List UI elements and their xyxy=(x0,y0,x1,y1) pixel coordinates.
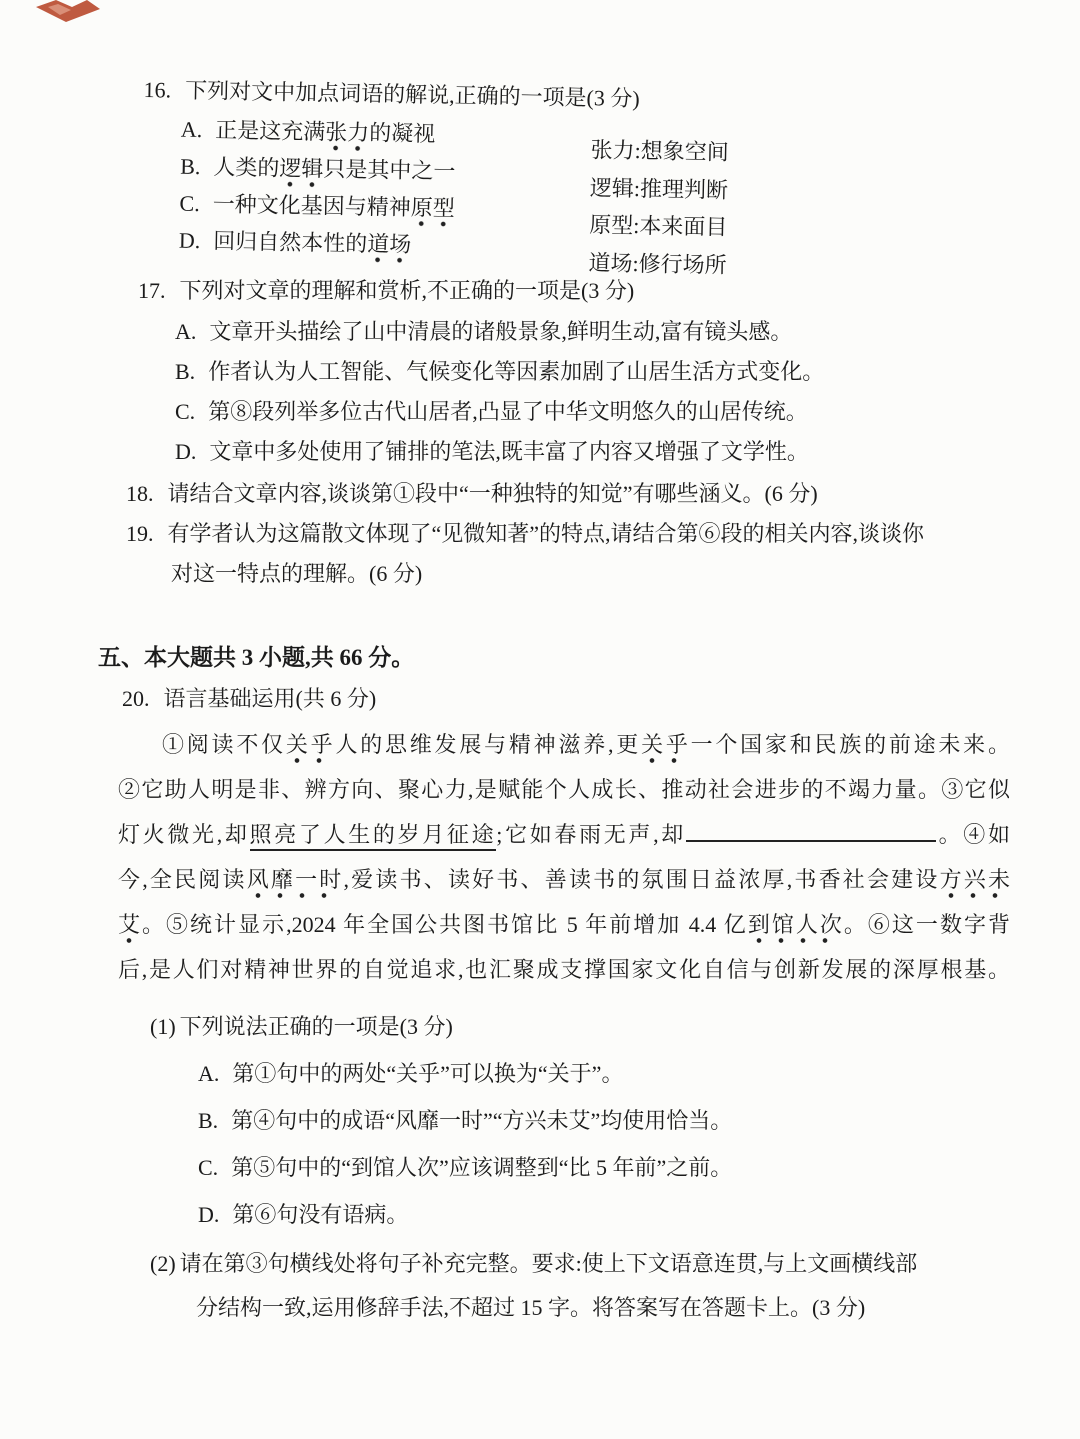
option-label: A. xyxy=(198,1061,219,1086)
question-17-option-a: A.文章开头描绘了山中清晨的诸般景象,鲜明生动,富有镜头感。 xyxy=(138,312,1040,352)
option-text: 第⑧段列举多位古代山居者,凸显了中华文明悠久的山居传统。 xyxy=(208,399,808,424)
option-label: B. xyxy=(198,1108,218,1133)
option-text: 文章中多处使用了铺排的笔法,既丰富了内容又增强了文学性。 xyxy=(209,439,809,464)
option-label: D. xyxy=(179,228,201,253)
dotted-word: 原型 xyxy=(410,195,455,228)
gloss-zhangli: 张力:想象空间 xyxy=(590,131,729,171)
sub2-text: 请在第③句横线处将句子补充完整。要求:使上下文语意连贯,与上文画横线部 xyxy=(180,1251,918,1276)
exam-paper-page: 16.下列对文中加点词语的解说,正确的一项是(3 分) A.正是这充满张力的凝视… xyxy=(0,0,1080,1439)
gloss-yuanxing: 原型:本来面目 xyxy=(589,206,728,246)
option-text: 文章开头描绘了山中清晨的诸般景象,鲜明生动,富有镜头感。 xyxy=(209,319,792,344)
option-text: 的凝视 xyxy=(369,120,435,146)
dotted-word: 关乎 xyxy=(641,732,691,764)
sub1-stem-text: 下列说法正确的一项是(3 分) xyxy=(180,1014,453,1039)
sub1-label: (1) xyxy=(150,1014,176,1039)
dotted-word: 张力 xyxy=(325,119,370,152)
passage-text: 人的思维发展与精神滋养,更 xyxy=(335,732,641,757)
corner-arrow-logo xyxy=(36,0,106,22)
dotted-word: 艾 xyxy=(118,912,142,944)
dotted-word: 道场 xyxy=(367,231,412,264)
option-label: A. xyxy=(175,319,196,344)
option-label: C. xyxy=(179,191,200,216)
passage-line-3: 灯火微光,却照亮了人生的岁月征途;它如春雨无声,却。④如 xyxy=(118,812,1010,857)
question-17: 17.下列对文章的理解和赏析,不正确的一项是(3 分) A.文章开头描绘了山中清… xyxy=(138,270,1040,472)
question-20-sub2: (2)请在第③句横线处将句子补充完整。要求:使上下文语意连贯,与上文画横线部 分… xyxy=(150,1242,1024,1330)
option-label: D. xyxy=(198,1202,219,1227)
question-17-option-c: C.第⑧段列举多位古代山居者,凸显了中华文明悠久的山居传统。 xyxy=(138,392,1040,432)
question-17-stem-text: 下列对文章的理解和赏析,不正确的一项是(3 分) xyxy=(180,278,635,303)
passage-line-2: ②它助人明是非、辨方向、聚心力,是赋能个人成长、推动社会进步的不竭力量。③它似 xyxy=(118,767,1010,812)
question-17-number: 17. xyxy=(138,278,166,303)
dotted-word: 关乎 xyxy=(286,732,336,764)
question-16-options: A.正是这充满张力的凝视 B.人类的逻辑只是其中之一 C.一种文化基因与精神原型… xyxy=(141,110,1030,274)
option-label: A. xyxy=(181,117,203,142)
question-19-line2: 对这一特点的理解。(6 分) xyxy=(126,554,1040,594)
option-text: 第④句中的成语“风靡一时”“方兴未艾”均使用恰当。 xyxy=(231,1108,732,1133)
question-20-title-text: 语言基础运用(共 6 分) xyxy=(164,686,377,711)
sub2-line1: (2)请在第③句横线处将句子补充完整。要求:使上下文语意连贯,与上文画横线部 xyxy=(150,1242,1024,1286)
dotted-word: 到馆人次 xyxy=(748,912,844,944)
sub1-option-b: B.第④句中的成语“风靡一时”“方兴未艾”均使用恰当。 xyxy=(150,1097,1080,1144)
option-text: 第①句中的两处“关乎”可以换为“关于”。 xyxy=(232,1061,623,1086)
sub1-option-d: D.第⑥句没有语病。 xyxy=(150,1191,1080,1238)
sub1-option-a: A.第①句中的两处“关乎”可以换为“关于”。 xyxy=(150,1050,1080,1097)
option-label: C. xyxy=(175,399,195,424)
option-text: 作者认为人工智能、气候变化等因素加剧了山居生活方式变化。 xyxy=(208,359,824,384)
passage-line-1: ①阅读不仅关乎人的思维发展与精神滋养,更关乎一个国家和民族的前途未来。 xyxy=(118,722,1010,767)
dotted-word: 方兴未 xyxy=(940,867,1010,899)
passage-line-6: 后,是人们对精神世界的自觉追求,也汇聚成支撑国家文化自信与创新发展的深厚根基。 xyxy=(118,947,1010,992)
question-18-number: 18. xyxy=(126,481,154,506)
question-16-stem-text: 下列对文中加点词语的解说,正确的一项是(3 分) xyxy=(185,78,640,111)
question-20-sub1: (1)下列说法正确的一项是(3 分) A.第①句中的两处“关乎”可以换为“关于”… xyxy=(150,1004,1080,1238)
underlined-phrase: 照亮了人生的岁月征途 xyxy=(250,822,497,851)
question-19-number: 19. xyxy=(126,521,154,546)
option-text: 一种文化基因与精神 xyxy=(213,191,411,220)
passage-line-4: 今,全民阅读风靡一时,爱读书、读好书、善读书的氛围日益浓厚,书香社会建设方兴未 xyxy=(118,857,1010,902)
passage-text: 一个国家和民族的前途未来。 xyxy=(691,732,1010,757)
answer-blank-line xyxy=(686,820,936,842)
passage-line-5: 艾。⑤统计显示,2024 年全国公共图书馆比 5 年前增加 4.4 亿到馆人次。… xyxy=(118,902,1010,947)
gloss-luoji: 逻辑:推理判断 xyxy=(590,169,729,209)
passage-text: 今,全民阅读 xyxy=(118,867,247,892)
passage-text: ;它如春雨无声,却 xyxy=(496,822,686,847)
option-text: 回归自然本性的 xyxy=(213,228,367,256)
option-label: B. xyxy=(180,154,201,179)
question-18: 18.请结合文章内容,谈谈第①段中“一种独特的知觉”有哪些涵义。(6 分) xyxy=(126,474,1040,514)
question-19-text: 有学者认为这篇散文体现了“见微知著”的特点,请结合第⑥段的相关内容,谈谈你 xyxy=(168,521,925,546)
option-text: 人类的 xyxy=(213,154,279,180)
option-text: 正是这充满 xyxy=(215,117,325,144)
gloss-daochang: 道场:修行场所 xyxy=(588,244,727,284)
sub2-line2: 分结构一致,运用修辞手法,不超过 15 字。将答案写在答题卡上。(3 分) xyxy=(150,1286,1024,1330)
passage-text: ①阅读不仅 xyxy=(162,732,286,757)
sub1-option-c: C.第⑤句中的“到馆人次”应该调整到“比 5 年前”之前。 xyxy=(150,1144,1080,1191)
section-5-heading: 五、本大题共 3 小题,共 66 分。 xyxy=(98,638,1080,678)
passage-text: ,爱读书、读好书、善读书的氛围日益浓厚,书香社会建设 xyxy=(343,867,939,892)
question-19-line1: 19.有学者认为这篇散文体现了“见微知著”的特点,请结合第⑥段的相关内容,谈谈你 xyxy=(126,514,1040,554)
question-17-option-d: D.文章中多处使用了铺排的笔法,既丰富了内容又增强了文学性。 xyxy=(138,432,1040,472)
dotted-word: 风靡一时 xyxy=(247,867,344,899)
passage-text: 灯火微光,却 xyxy=(118,822,250,847)
question-20-title: 20.语言基础运用(共 6 分) xyxy=(122,678,1080,720)
question-18-text: 请结合文章内容,谈谈第①段中“一种独特的知觉”有哪些涵义。(6 分) xyxy=(168,481,818,506)
sub2-label: (2) xyxy=(150,1251,176,1276)
question-20-number: 20. xyxy=(122,686,150,711)
passage-text: 。④如 xyxy=(936,822,1010,847)
option-label: D. xyxy=(175,439,196,464)
option-label: B. xyxy=(175,359,195,384)
dotted-word: 逻辑 xyxy=(279,156,324,189)
question-17-option-b: B.作者认为人工智能、气候变化等因素加剧了山居生活方式变化。 xyxy=(138,352,1040,392)
option-label: C. xyxy=(198,1155,218,1180)
sub1-stem: (1)下列说法正确的一项是(3 分) xyxy=(150,1004,1080,1050)
question-16-body: A.正是这充满张力的凝视 B.人类的逻辑只是其中之一 C.一种文化基因与精神原型… xyxy=(141,110,1030,274)
option-text: 只是其中之一 xyxy=(323,156,455,183)
question-19: 19.有学者认为这篇散文体现了“见微知著”的特点,请结合第⑥段的相关内容,谈谈你… xyxy=(126,514,1040,594)
question-20-passage: ①阅读不仅关乎人的思维发展与精神滋养,更关乎一个国家和民族的前途未来。 ②它助人… xyxy=(118,722,1010,992)
passage-text: 。⑤统计显示,2024 年全国公共图书馆比 5 年前增加 4.4 亿 xyxy=(142,912,748,937)
passage-text: 。⑥这一数字背 xyxy=(844,912,1010,937)
option-text: 第⑥句没有语病。 xyxy=(232,1202,408,1227)
gloss-column: 张力:想象空间 逻辑:推理判断 原型:本来面目 道场:修行场所 xyxy=(588,131,729,284)
question-16-number: 16. xyxy=(143,77,171,102)
question-16: 16.下列对文中加点词语的解说,正确的一项是(3 分) A.正是这充满张力的凝视… xyxy=(141,70,1030,274)
option-text: 第⑤句中的“到馆人次”应该调整到“比 5 年前”之前。 xyxy=(231,1155,732,1180)
